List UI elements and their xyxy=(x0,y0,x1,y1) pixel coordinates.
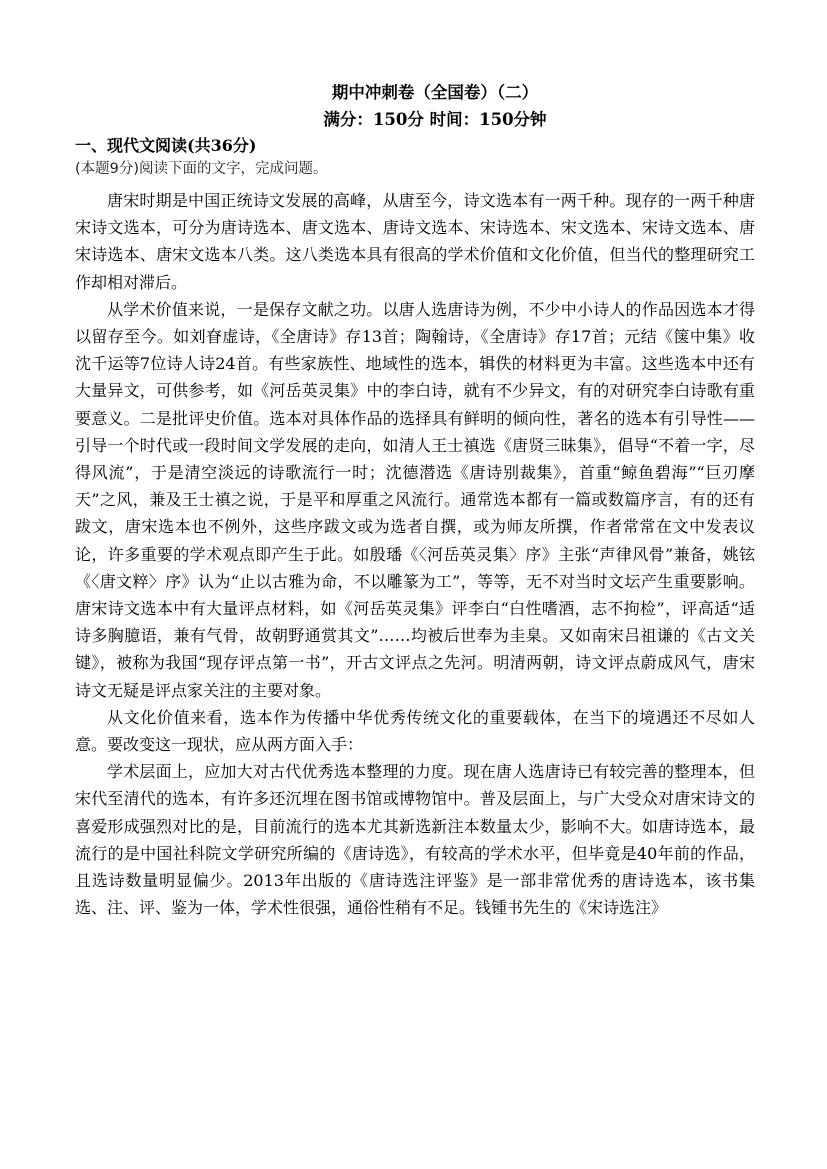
exam-title: 期中冲刺卷（全国卷）（二） xyxy=(95,79,775,103)
passage-paragraph: 从学术价值来说，一是保存文献之功。以唐人选唐诗为例，不少中小诗人的作品因选本才得… xyxy=(75,296,755,704)
passage-paragraph: 从文化价值来看，选本作为传播中华优秀传统文化的重要载体，在当下的境遇还不尽如人意… xyxy=(75,704,755,758)
passage-paragraph: 唐宋时期是中国正统诗文发展的高峰，从唐至今，诗文选本有一两千种。现存的一两千种唐… xyxy=(75,187,755,296)
passage-paragraph: 学术层面上，应加大对古代优秀选本整理的力度。现在唐人选唐诗已有较完善的整理本，但… xyxy=(75,758,755,921)
exam-score-time: 满分：150分 时间：150分钟 xyxy=(95,106,775,130)
question-instruction: (本题9分)阅读下面的文字，完成问题。 xyxy=(75,157,328,178)
reading-passage: 唐宋时期是中国正统诗文发展的高峰，从唐至今，诗文选本有一两千种。现存的一两千种唐… xyxy=(75,187,755,921)
section-heading: 一、现代文阅读(共36分) xyxy=(75,133,256,156)
